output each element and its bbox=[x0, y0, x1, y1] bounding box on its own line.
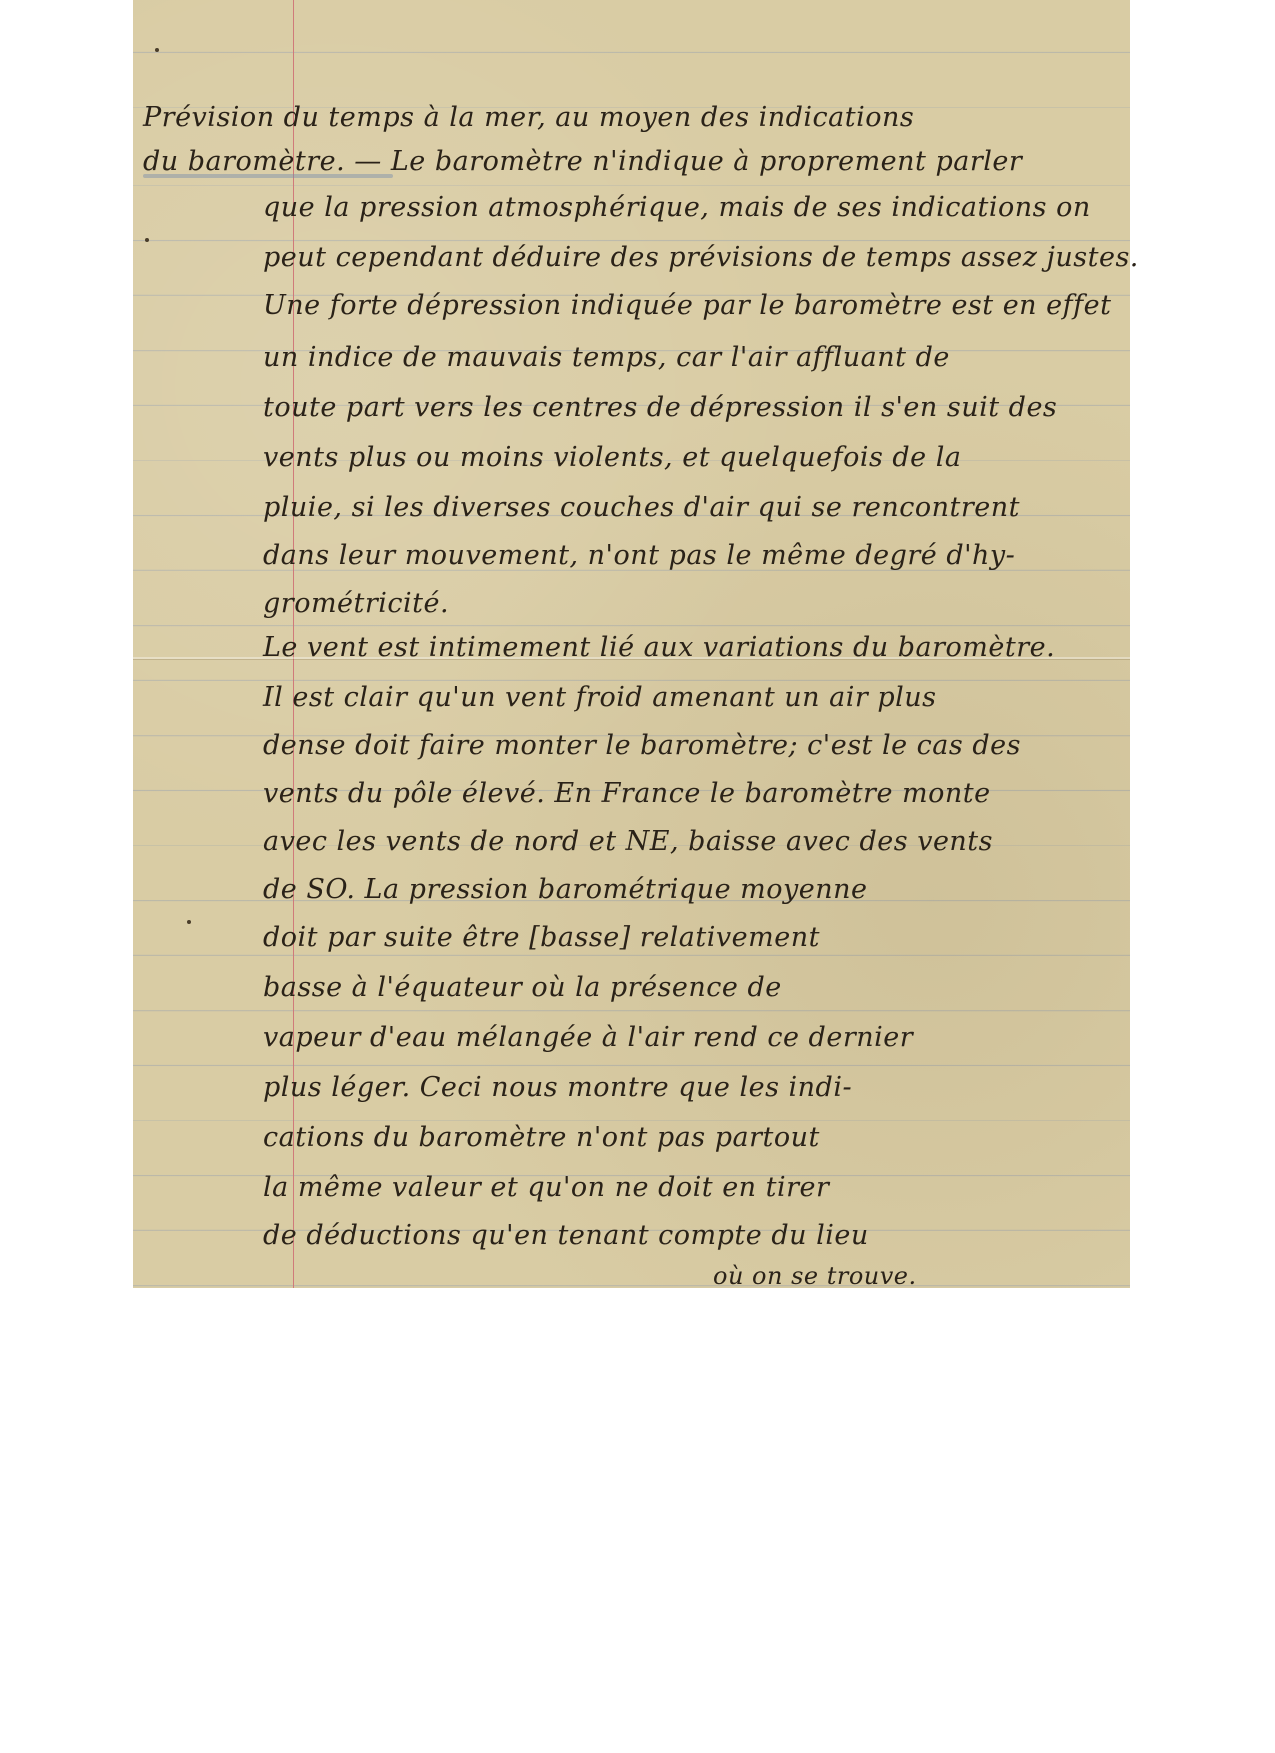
text-line: peut cependant déduire des prévisions de… bbox=[263, 242, 1139, 273]
text-line-title: Prévision du temps à la mer, au moyen de… bbox=[143, 102, 914, 133]
text-line: vapeur d'eau mélangée à l'air rend ce de… bbox=[263, 1022, 913, 1053]
text-line: grométricité. bbox=[263, 588, 449, 619]
text-line-final: où on se trouve. bbox=[713, 1262, 917, 1290]
text-line: vents plus ou moins violents, et quelque… bbox=[263, 442, 961, 473]
text-line: Le vent est intimement lié aux variation… bbox=[263, 632, 1055, 663]
text-line: Il est clair qu'un vent froid amenant un… bbox=[263, 682, 937, 713]
text-line: basse à l'équateur où la présence de bbox=[263, 972, 782, 1003]
manuscript-page: Prévision du temps à la mer, au moyen de… bbox=[133, 0, 1130, 1288]
text-line: toute part vers les centres de dépressio… bbox=[263, 392, 1057, 423]
text-line: plus léger. Ceci nous montre que les ind… bbox=[263, 1072, 852, 1103]
handwritten-text: Prévision du temps à la mer, au moyen de… bbox=[133, 0, 1130, 1288]
text-line-with-strikethrough: doit par suite être [basse] relativement bbox=[263, 922, 820, 953]
text-line: que la pression atmosphérique, mais de s… bbox=[263, 192, 1091, 223]
text-line: de déductions qu'en tenant compte du lie… bbox=[263, 1220, 869, 1251]
text-line: dans leur mouvement, n'ont pas le même d… bbox=[263, 540, 1015, 571]
text-line: vents du pôle élevé. En France le baromè… bbox=[263, 778, 991, 809]
text-line: la même valeur et qu'on ne doit en tirer bbox=[263, 1172, 829, 1203]
text-line: cations du baromètre n'ont pas partout bbox=[263, 1122, 820, 1153]
text-line: Une forte dépression indiquée par le bar… bbox=[263, 290, 1111, 321]
text-line: pluie, si les diverses couches d'air qui… bbox=[263, 492, 1020, 523]
text-line: dense doit faire monter le baromètre; c'… bbox=[263, 730, 1021, 761]
text-line: un indice de mauvais temps, car l'air af… bbox=[263, 342, 950, 373]
text-line: du baromètre. — Le baromètre n'indique à… bbox=[143, 146, 1022, 177]
text-line: de SO. La pression barométrique moyenne bbox=[263, 874, 868, 905]
text-line: avec les vents de nord et NE, baisse ave… bbox=[263, 826, 993, 857]
